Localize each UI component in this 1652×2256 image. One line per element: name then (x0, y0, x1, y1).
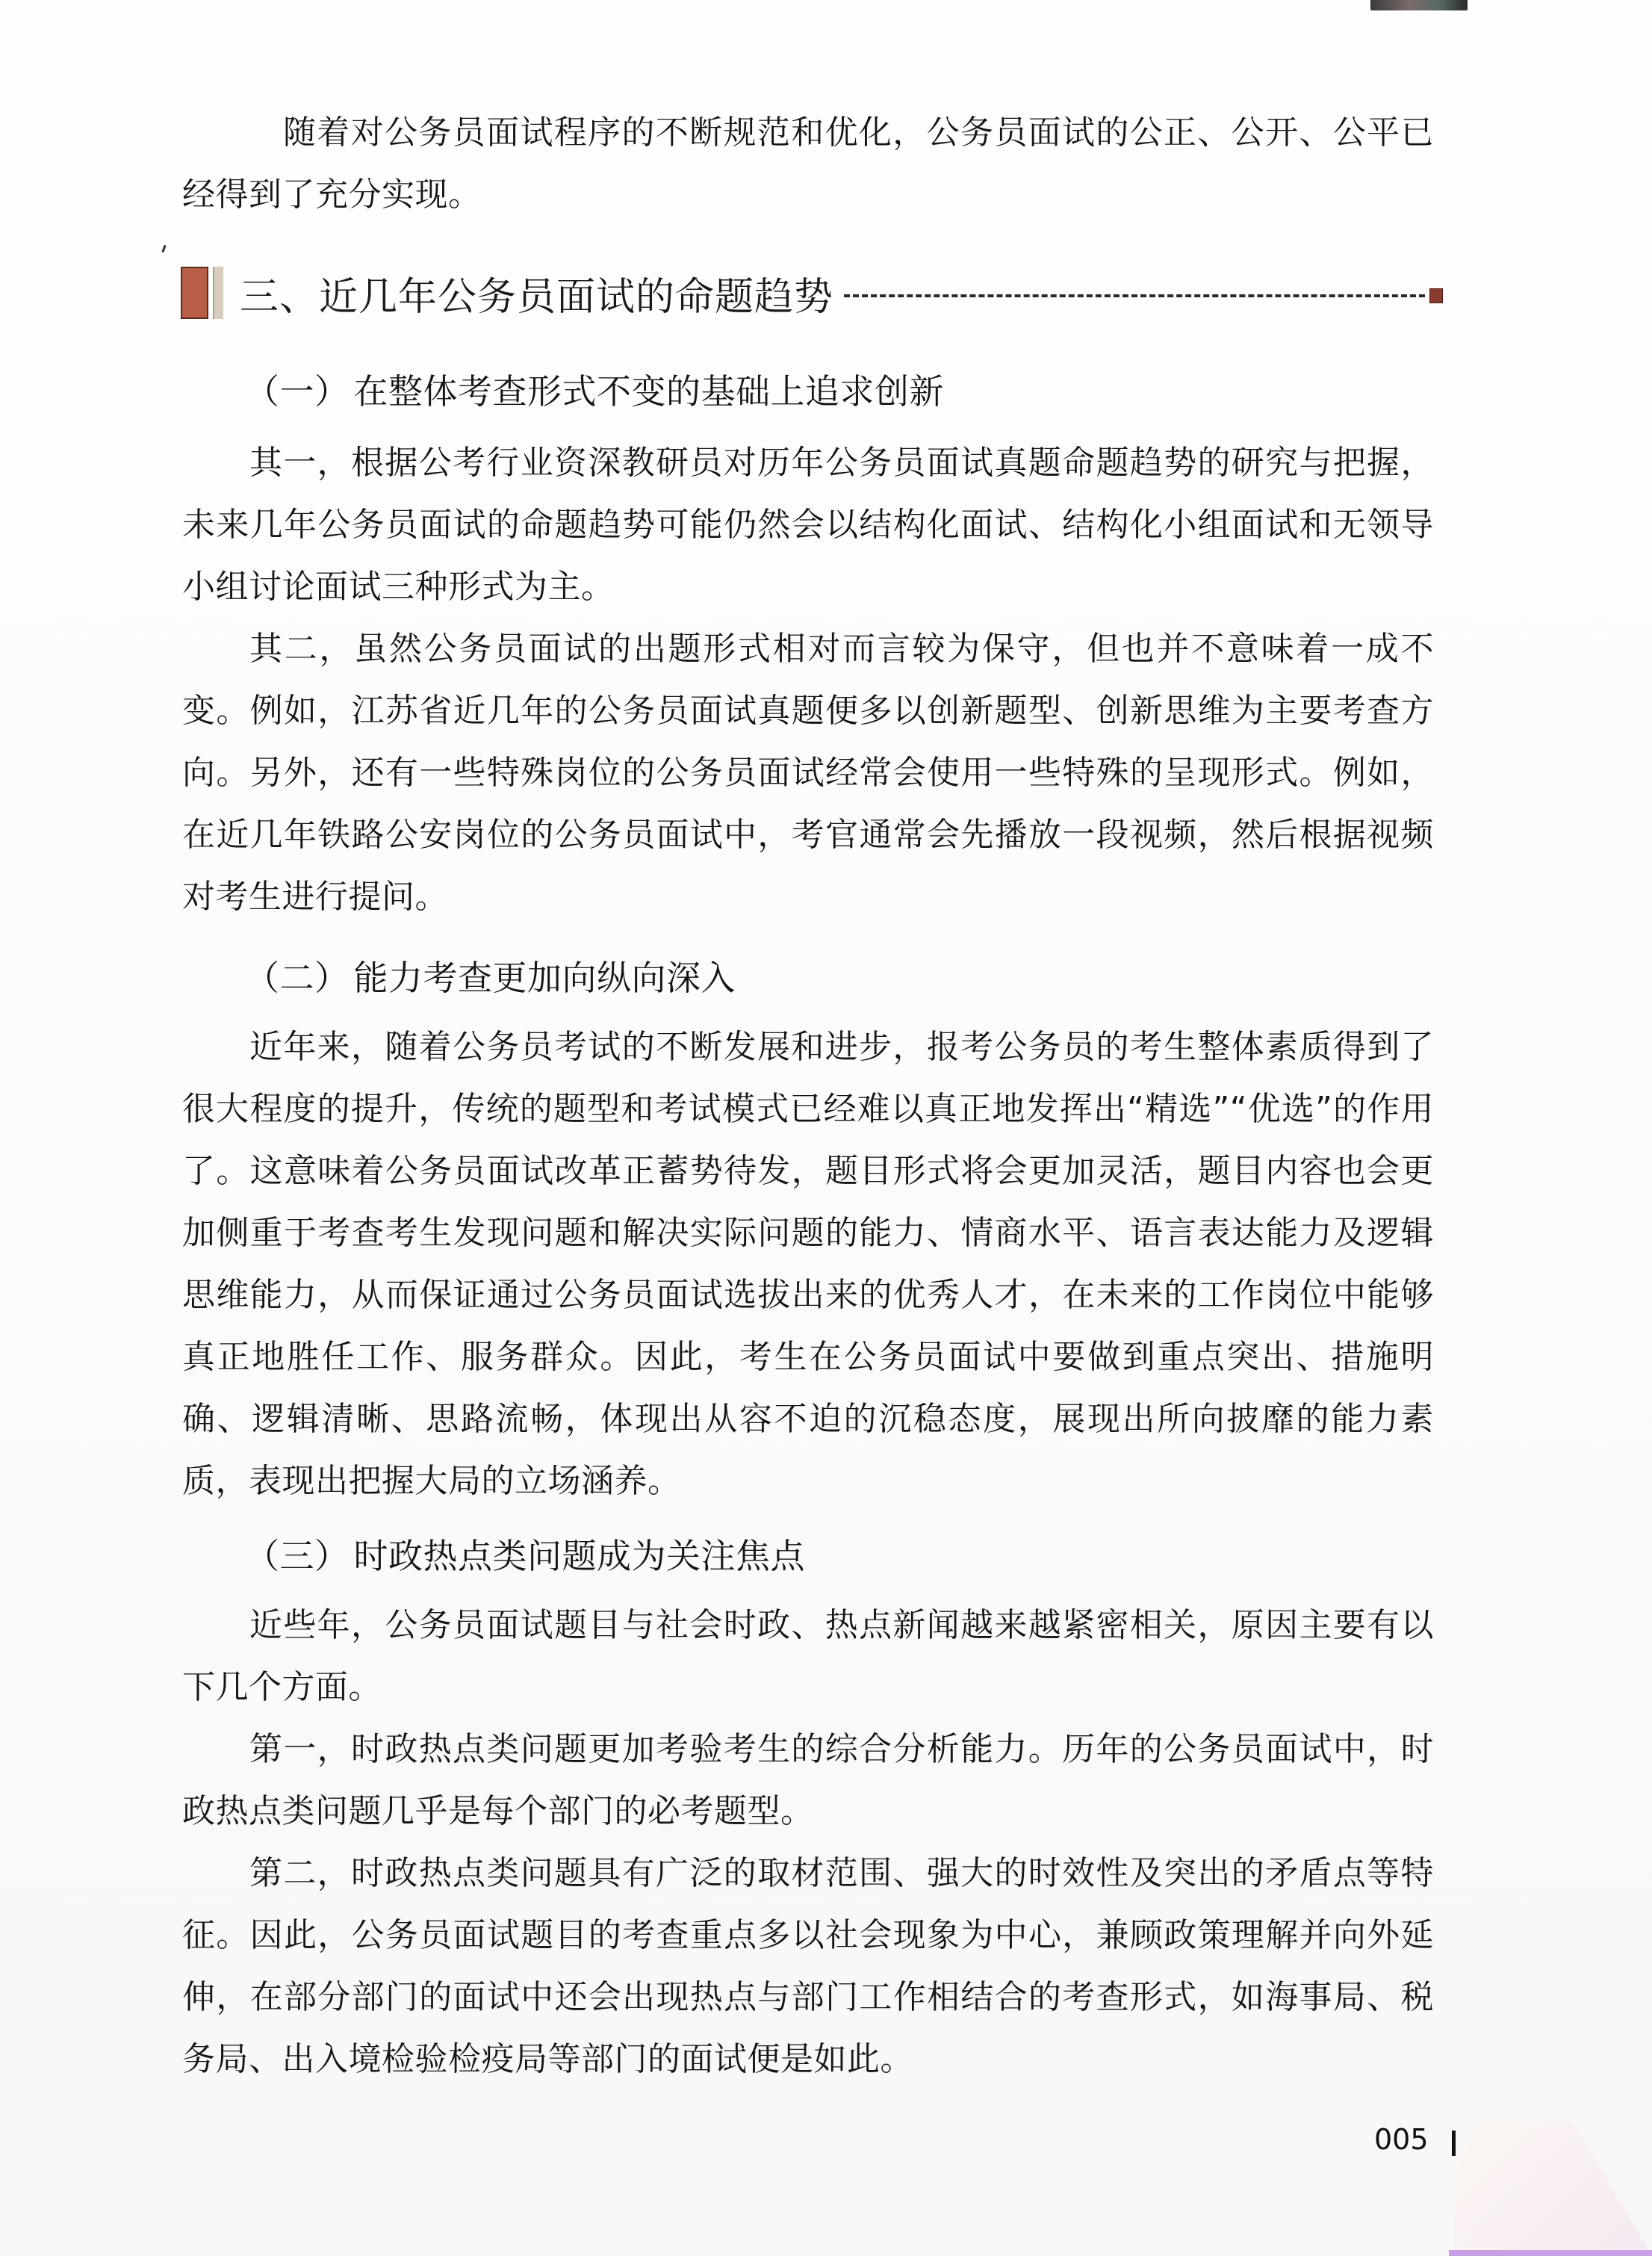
heading-dashed-leader (844, 294, 1425, 297)
subsection-1-heading: （一）在整体考查形式不变的基础上追求创新 (245, 365, 944, 414)
subsection-1-body: 其一，根据公考行业资深教研员对历年公务员面试真题命题趋势的研究与把握，未来几年公… (182, 432, 1434, 928)
paragraph: 其一，根据公考行业资深教研员对历年公务员面试真题命题趋势的研究与把握，未来几年公… (182, 432, 1434, 618)
page-number-bar (1452, 2131, 1456, 2156)
header-thumb-tab (1370, 0, 1468, 10)
page-curl-corner (1455, 2122, 1652, 2256)
paragraph: 第二，时政热点类问题具有广泛的取材范围、强大的时效性及突出的矛盾点等特征。因此，… (182, 1842, 1434, 2090)
subsection-2-title: 能力考查更加向纵向深入 (354, 958, 736, 998)
book-page: 随着对公务员面试程序的不断规范和优化，公务员面试的公正、公开、公平已经得到了充分… (0, 0, 1652, 2256)
heading-mark-primary (181, 267, 208, 319)
section-heading: 三、近几年公务员面试的命题趋势 (181, 263, 1443, 323)
paragraph: 第一，时政热点类问题更加考验考生的综合分析能力。历年的公务员面试中，时政热点类问… (182, 1718, 1434, 1842)
page-number: 005 (1374, 2123, 1429, 2156)
scan-speck (161, 245, 166, 252)
paragraph: 其二，虽然公务员面试的出题形式相对而言较为保守，但也并不意味着一成不变。例如，江… (182, 618, 1434, 928)
subsection-2-heading: （二）能力考查更加向纵向深入 (245, 951, 736, 1000)
heading-end-square-icon (1429, 288, 1443, 303)
subsection-1-title: 在整体考查形式不变的基础上追求创新 (354, 371, 945, 412)
paragraph: 近些年，公务员面试题目与社会时政、热点新闻越来越紧密相关，原因主要有以下几个方面… (182, 1594, 1434, 1718)
paragraph: 近年来，随着公务员考试的不断发展和进步，报考公务员的考生整体素质得到了很大程度的… (182, 1016, 1434, 1512)
subsection-3-title: 时政热点类问题成为关注焦点 (354, 1536, 806, 1576)
subsection-3-body: 近些年，公务员面试题目与社会时政、热点新闻越来越紧密相关，原因主要有以下几个方面… (182, 1594, 1434, 2090)
heading-mark-secondary (213, 267, 223, 319)
heading-block-icon (181, 267, 223, 319)
intro-paragraph: 随着对公务员面试程序的不断规范和优化，公务员面试的公正、公开、公平已经得到了充分… (182, 102, 1434, 226)
subsection-2-label: （二） (245, 958, 350, 998)
subsection-3-label: （三） (245, 1536, 350, 1576)
page-curl-edge (1449, 2250, 1652, 2256)
intro-paragraph-block: 随着对公务员面试程序的不断规范和优化，公务员面试的公正、公开、公平已经得到了充分… (182, 102, 1434, 226)
subsection-2-body: 近年来，随着公务员考试的不断发展和进步，报考公务员的考生整体素质得到了很大程度的… (182, 1016, 1434, 1512)
section-title: 三、近几年公务员面试的命题趋势 (240, 265, 833, 321)
intro-line-2: 得到了充分实现。 (216, 176, 482, 214)
subsection-3-heading: （三）时政热点类问题成为关注焦点 (245, 1529, 805, 1578)
subsection-1-label: （一） (245, 371, 350, 412)
